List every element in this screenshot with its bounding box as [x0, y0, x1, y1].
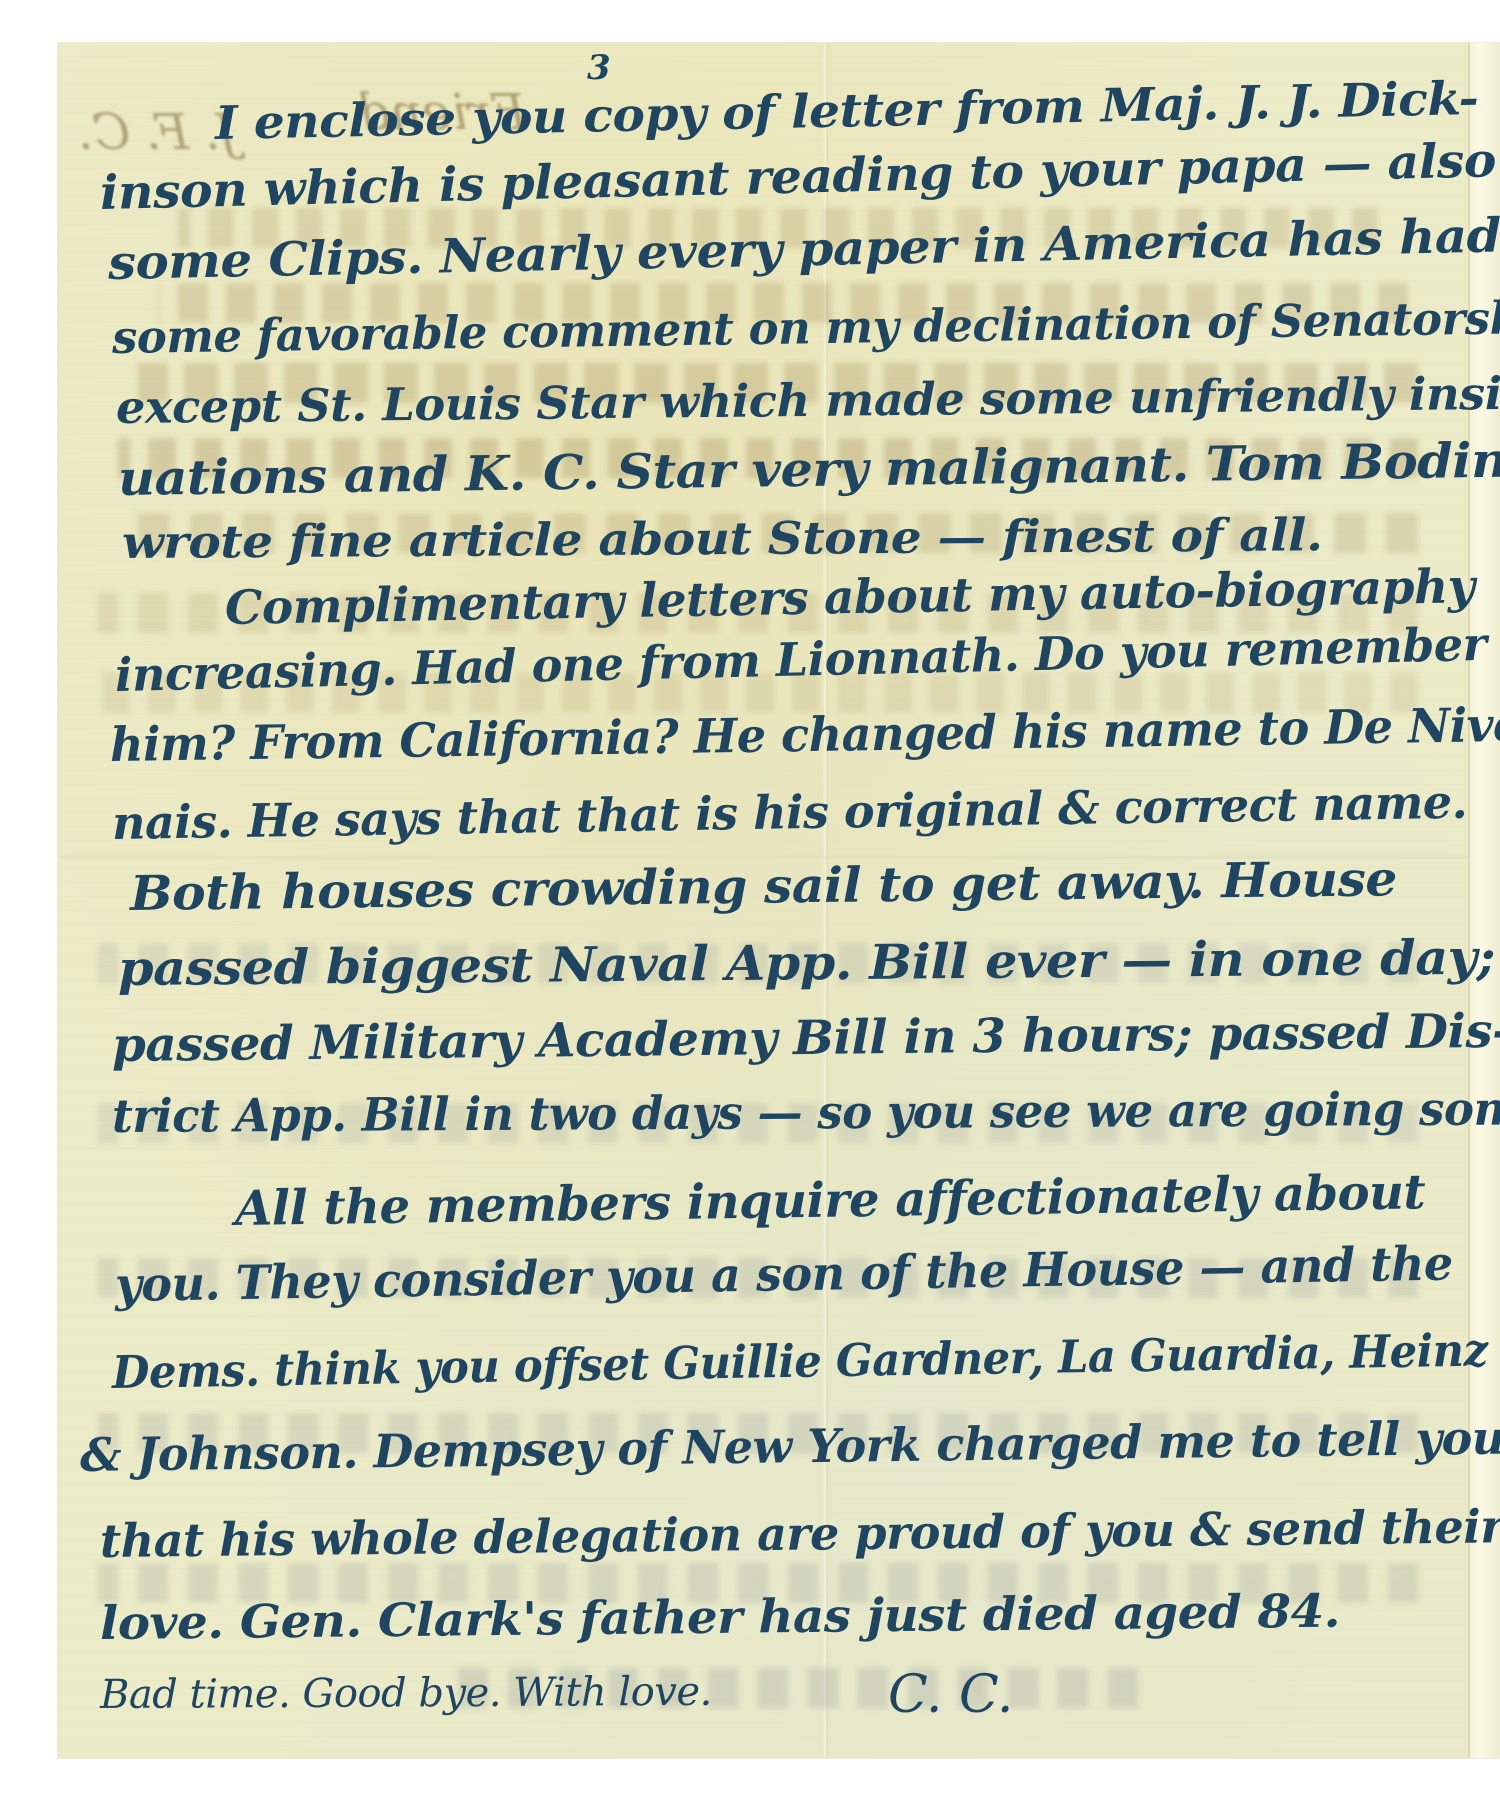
letter-line: love. Gen. Clark's father has just died …: [100, 1588, 1340, 1646]
letter-line: Both houses crowding sail to get away. H…: [130, 855, 1397, 918]
letter-line: wrote fine article about Stone — finest …: [122, 512, 1323, 565]
letter-line: that his whole delegation are proud of y…: [100, 1503, 1500, 1564]
letter-line: Bad time. Good bye. With love.: [100, 1672, 712, 1715]
letter-line: trict App. Bill in two days — so you see…: [112, 1085, 1500, 1139]
signature: C. C.: [888, 1665, 1013, 1725]
letter-line: except St. Louis Star which made some un…: [116, 370, 1500, 430]
page-number: 3: [587, 48, 611, 88]
letter-line: passed Military Academy Bill in 3 hours;…: [112, 1008, 1500, 1069]
bleed-through-line: J. F. C.: [78, 103, 237, 161]
letter-line: passed biggest Naval App. Bill ever — in…: [118, 934, 1495, 993]
